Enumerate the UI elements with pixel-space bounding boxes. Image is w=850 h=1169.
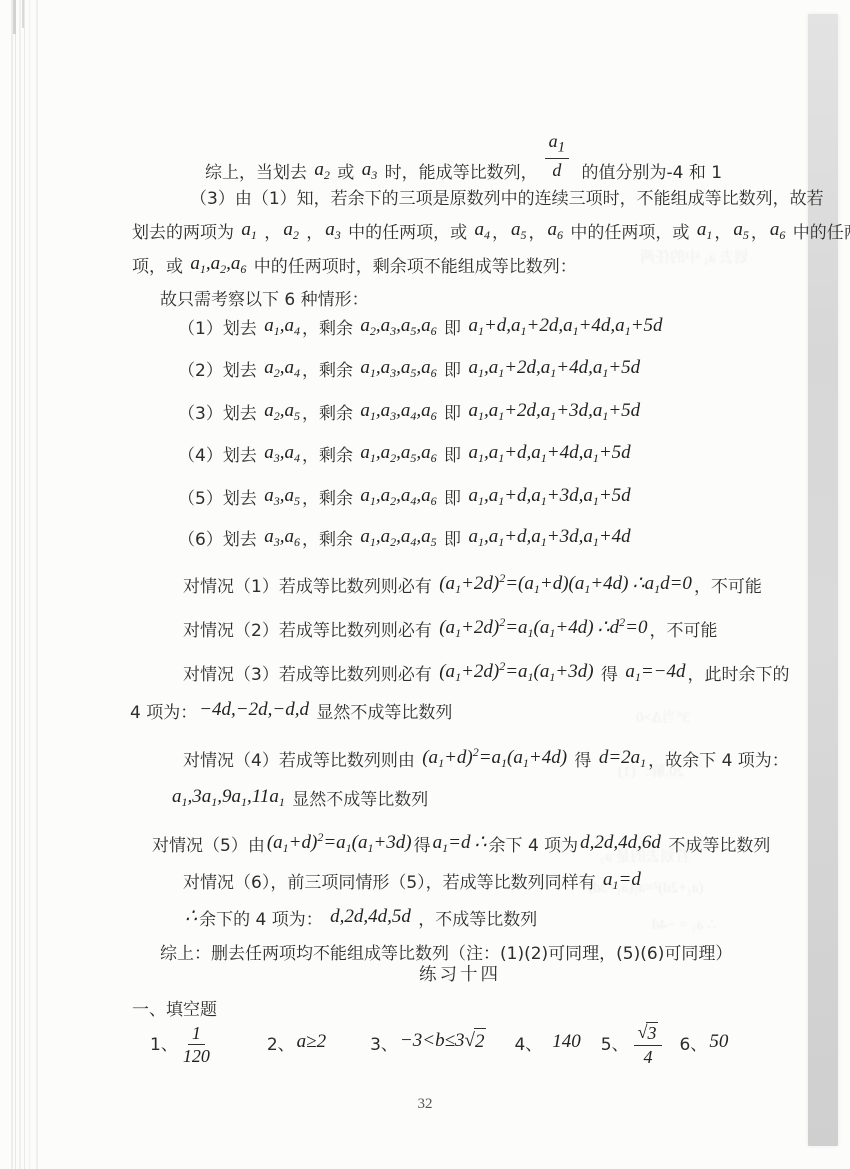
math-run: a1=d: [431, 832, 473, 853]
text-run: 即: [439, 404, 467, 424]
text-run: 中的任两: [787, 223, 850, 243]
text-line: （6）划去 a3,a6，剩余 a1,a2,a4,a5 即 a1,a1+d,a1+…: [178, 527, 633, 558]
fraction-denominator: 4: [644, 1046, 653, 1068]
text-line: 对情况（2）若成等比数列则必有 (a1+2d)2=a1(a1+4d)∴d2=0，…: [183, 612, 717, 649]
math-run: a3,a6: [262, 526, 302, 547]
math-run: a1=d: [601, 869, 643, 890]
text-run: 余下 4 项为: [489, 836, 579, 856]
fraction-denominator: d: [552, 159, 561, 181]
math-run: ∴: [472, 832, 488, 853]
math-run: 140: [550, 1029, 583, 1055]
text-run: ，: [751, 223, 768, 243]
text-run: 对情况（1）若成等比数列则必有: [183, 577, 437, 597]
text-run: 对情况（2）若成等比数列则必有: [183, 621, 437, 641]
text-line: 故只需考察以下 6 种情形：: [160, 287, 369, 313]
text-run: ，不成等比数列: [413, 910, 537, 930]
text-run: （1）划去: [178, 319, 262, 339]
text-run: 得: [569, 751, 597, 771]
binding-crease: [15, 0, 16, 1169]
math-run: a1: [239, 219, 259, 240]
spacer: [583, 1044, 601, 1045]
text-run: （3）划去: [178, 404, 262, 424]
math-run: a2: [281, 219, 301, 240]
fraction: √34: [634, 1022, 663, 1067]
math-run: a≥2: [295, 1029, 328, 1055]
text-line: ∴余下的 4 项为： d,2d,4d,5d ，不成等比数列: [183, 907, 537, 933]
math-run: a4: [473, 219, 493, 240]
scanned-page: 3°当Δ>0 20.解：(1) 若划去的是 a₂ (a₁+2d)²=a₁(a₁+…: [0, 0, 850, 1169]
math-run: a2,a5: [262, 400, 302, 421]
text-run: ，剩余: [302, 319, 358, 339]
text-run: 2、: [267, 1032, 295, 1058]
math-run: a1,a3,a5,a6: [358, 357, 438, 378]
math-run: a5: [731, 219, 751, 240]
sqrt-radical: √3: [638, 1022, 659, 1044]
fraction-denominator: 120: [183, 1045, 210, 1067]
math-run: a1,a1+2d,a1+3d,a1+5d: [466, 400, 642, 421]
math-run: ∴a1d=0: [631, 573, 694, 594]
math-run: a5: [509, 219, 529, 240]
text-run: （4）划去: [178, 446, 262, 466]
text-run: （6）划去: [178, 530, 262, 550]
text-run: 对情况（3）若成等比数列则必有: [183, 665, 437, 685]
text-run: ，不可能: [649, 621, 717, 641]
text-line: 对情况（3）若成等比数列则必有 (a1+2d)2=a1(a1+3d) 得 a1=…: [183, 656, 790, 693]
text-run: （2）划去: [178, 361, 262, 381]
math-run: a6: [546, 219, 566, 240]
text-run: ，: [714, 223, 731, 243]
text-run: 故只需考察以下 6 种情形：: [160, 290, 369, 310]
text-run: ，: [301, 223, 323, 243]
binding-crease: [19, 0, 21, 1169]
binding-crease: [22, 0, 24, 28]
spacer: [667, 1044, 679, 1045]
math-run: (a1+2d)2=(a1+d)(a1+4d): [437, 573, 630, 594]
text-run: ，不可能: [694, 577, 762, 597]
fraction: 1120: [183, 1023, 210, 1067]
math-run: a1,a3,a4,a6: [358, 400, 438, 421]
math-run: a1: [695, 219, 715, 240]
text-run: 即: [439, 319, 467, 339]
bleedthrough-text: 3°当Δ>0: [636, 706, 690, 727]
math-run: (a1+2d)2=a1(a1+4d): [437, 617, 595, 638]
text-run: 余下的 4 项为：: [199, 910, 328, 930]
math-run: (a1+d)2=a1(a1+3d): [265, 832, 414, 853]
text-run: ，剩余: [302, 404, 358, 424]
text-run: 5、: [601, 1032, 629, 1058]
fraction-numerator: √3: [634, 1022, 663, 1046]
math-run: a1=−4d: [623, 661, 687, 682]
text-run: 显然不成等比数列: [287, 790, 428, 810]
text-run: 即: [439, 446, 467, 466]
text-run: 或: [332, 163, 360, 183]
text-line: （5）划去 a3,a5，剩余 a1,a2,a4,a6 即 a1,a1+d,a1+…: [178, 486, 633, 517]
math-run: d,2d,4d,6d: [578, 832, 663, 853]
text-run: 的值分别为-4 和 1: [576, 163, 722, 183]
text-run: 不成等比数列: [663, 836, 770, 856]
math-run: −4d,−2d,−d,d: [197, 699, 311, 720]
page-number: 32: [0, 1096, 850, 1113]
text-run: ，故余下 4 项为：: [648, 751, 789, 771]
spacer: [488, 1044, 514, 1045]
text-run: 1、: [150, 1032, 178, 1058]
text-run: 4 项为：: [130, 703, 197, 723]
spacer: [215, 1044, 267, 1045]
math-run: a1,a1+d,a1+3d,a1+4d: [466, 526, 632, 547]
text-run: 即: [439, 361, 467, 381]
math-run: d,2d,4d,5d: [328, 906, 413, 927]
math-run: a1,a1+d,a1+4d,a1+5d: [466, 442, 632, 463]
text-line: （2）划去 a2,a4，剩余 a1,a3,a5,a6 即 a1,a1+2d,a1…: [178, 358, 642, 389]
text-run: 中的任两项，或: [343, 223, 473, 243]
section-label: 一、填空题: [132, 995, 217, 1020]
math-run: ∴d2=0: [596, 617, 650, 638]
spacer: [542, 1044, 550, 1045]
text-line: （4）划去 a3,a4，剩余 a1,a2,a5,a6 即 a1,a1+d,a1+…: [178, 443, 633, 474]
text-run: 得: [596, 665, 624, 685]
text-run: 项，或: [132, 257, 188, 277]
bleedthrough-text: ∴ a₁ = −4d: [652, 915, 717, 934]
text-line: 项，或 a1,a2,a6 中的任两项时，剩余项不能组成等比数列：: [132, 254, 577, 285]
scan-edge-shadow: [808, 14, 838, 1146]
math-run: d=2a1: [597, 747, 648, 768]
math-run: a1,3a1,9a1,11a1: [170, 786, 287, 807]
text-run: 3、: [370, 1032, 398, 1058]
math-run: a1+d,a1+2d,a1+4d,a1+5d: [466, 315, 664, 336]
math-run: ∴: [183, 906, 199, 927]
binding-crease: [13, 0, 16, 34]
text-run: 显然不成等比数列: [311, 703, 452, 723]
text-run: ，此时余下的: [688, 665, 790, 685]
text-line: （3）划去 a2,a5，剩余 a1,a3,a4,a6 即 a1,a1+2d,a1…: [178, 401, 642, 432]
math-run: a1,a4: [262, 315, 302, 336]
math-run: a3: [323, 219, 343, 240]
text-run: 时，能成等比数列，: [379, 163, 537, 183]
math-run: a1,a2,a4,a5: [358, 526, 438, 547]
math-run: a6: [768, 219, 788, 240]
math-run: a1,a1+d,a1+3d,a1+5d: [466, 485, 632, 506]
fraction-numerator: 1: [188, 1023, 205, 1046]
text-run: 对情况（5）由: [152, 836, 265, 856]
binding-crease: [11, 0, 13, 1169]
text-run: （3）由（1）知，若余下的三项是原数列中的连续三项时，不能组成等比数列，故若: [190, 189, 824, 209]
text-run: 中的任两项时，剩余项不能组成等比数列：: [248, 257, 576, 277]
math-run: a1,a2,a4,a6: [358, 485, 438, 506]
math-run: a3,a5: [262, 485, 302, 506]
math-run: −3<b≤3√2: [398, 1028, 489, 1055]
text-run: 划去的两项为: [132, 223, 239, 243]
text-line: 1、11202、a≥23、−3<b≤3√24、1405、√346、50: [150, 1022, 730, 1067]
math-run: a1,a2,a6: [188, 253, 248, 274]
binding-crease: [36, 0, 38, 1169]
text-line: a1,3a1,9a1,11a1 显然不成等比数列: [170, 787, 428, 818]
sqrt-radical: √2: [465, 1028, 487, 1055]
math-run: a1,a1+2d,a1+4d,a1+5d: [466, 357, 642, 378]
text-line: 对情况（5）由(a1+d)2=a1(a1+3d)得a1=d∴余下 4 项为d,2…: [152, 827, 770, 864]
text-run: 得: [414, 836, 431, 856]
spacer: [328, 1044, 370, 1045]
text-run: 对情况（6），前三项同情形（5），若成等比数列同样有: [183, 873, 601, 893]
text-line: （3）由（1）知，若余下的三项是原数列中的连续三项时，不能组成等比数列，故若: [190, 186, 824, 212]
math-run: a3,a4: [262, 442, 302, 463]
text-run: ，剩余: [302, 446, 358, 466]
math-run: a3: [360, 159, 380, 180]
math-run: a2: [312, 159, 332, 180]
text-run: 对情况（4）若成等比数列则由: [183, 751, 420, 771]
text-run: ，剩余: [302, 361, 358, 381]
text-line: 对情况（6），前三项同情形（5），若成等比数列同样有 a1=d: [183, 870, 643, 901]
fraction-numerator: a1: [545, 131, 570, 159]
math-run: a2,a3,a5,a6: [358, 315, 438, 336]
text-run: ，剩余: [302, 530, 358, 550]
math-run: (a1+d)2=a1(a1+4d): [420, 747, 569, 768]
text-run: 综上，当划去: [205, 163, 312, 183]
text-run: ，剩余: [302, 489, 358, 509]
text-line: 对情况（4）若成等比数列则由 (a1+d)2=a1(a1+4d) 得 d=2a1…: [183, 742, 789, 779]
text-run: 即: [439, 530, 467, 550]
text-line: 对情况（1）若成等比数列则必有 (a1+2d)2=(a1+d)(a1+4d)∴a…: [183, 568, 762, 605]
math-run: a2,a4: [262, 357, 302, 378]
math-run: 50: [707, 1029, 730, 1055]
text-run: ，: [492, 223, 509, 243]
text-run: （5）划去: [178, 489, 262, 509]
text-line: 划去的两项为 a1 ，a2 ，a3 中的任两项，或 a4，a5，a6 中的任两项…: [132, 220, 850, 251]
math-run: a1,a2,a5,a6: [358, 442, 438, 463]
text-run: 中的任两项，或: [565, 223, 695, 243]
text-line: 4 项为：−4d,−2d,−d,d 显然不成等比数列: [130, 700, 452, 726]
math-run: (a1+2d)2=a1(a1+3d): [437, 661, 595, 682]
text-line: （1）划去 a1,a4，剩余 a2,a3,a5,a6 即 a1+d,a1+2d,…: [178, 316, 665, 347]
text-run: 即: [439, 489, 467, 509]
text-run: 6、: [679, 1032, 707, 1058]
text-run: ，: [529, 223, 546, 243]
binding-crease: [29, 0, 30, 1169]
text-run: ，: [259, 223, 281, 243]
exercise-heading: 练习十四: [130, 961, 790, 986]
binding-crease: [24, 0, 25, 1169]
fraction: a1d: [545, 131, 570, 181]
text-run: 4、: [514, 1032, 542, 1058]
